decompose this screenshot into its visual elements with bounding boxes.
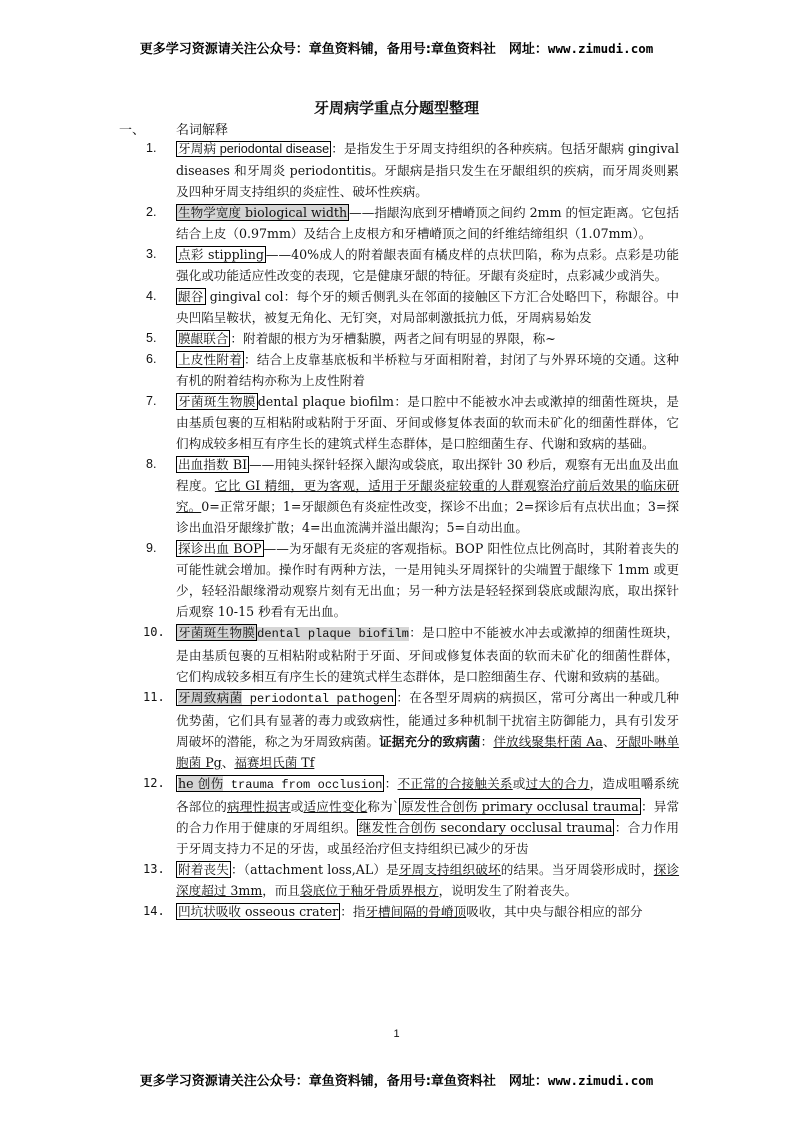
list-item: 14. 凹坑状吸收 osseous crater：指牙槽间隔的骨嵴顶吸收，其中央… xyxy=(119,901,679,922)
list-item: 6. 上皮性附着：结合上皮靠基底板和半桥粒与牙面相附着，封闭了与外界环境的交通。… xyxy=(119,349,679,391)
term-list: 1. 牙周病 periodontal disease：是指发生于牙周支持组织的各… xyxy=(119,138,679,922)
footer-banner: 更多学习资源请关注公众号：章鱼资料铺，备用号:章鱼资料社 网址：www.zimu… xyxy=(0,1070,793,1089)
term-box: 牙周致病菌 periodontal pathogen xyxy=(176,689,396,706)
list-item: 5. 膜龈联合：附着龈的根方为牙槽黏膜，两者之间有明显的界限，称~ xyxy=(119,328,679,349)
item-index: 4. xyxy=(146,286,156,307)
item-body: gingival col：每个牙的颊舌侧乳头在邻面的接触区下方汇合处略凹下，称龈… xyxy=(176,289,679,325)
item-index: 12. xyxy=(143,773,165,794)
item-body: ，而且 xyxy=(262,883,300,898)
conjunction: 或 xyxy=(513,776,526,791)
bold-label: 证据充分的致病菌 xyxy=(379,734,481,749)
item-index: 3. xyxy=(146,244,156,265)
item-index: 7. xyxy=(146,391,156,412)
term-box-secondary: 继发性合创伤 secondary occlusal trauma xyxy=(357,819,615,836)
item-body: ，说明发生了附着丧失。 xyxy=(439,883,578,898)
item-index: 5. xyxy=(146,328,156,349)
underlined-phrase: 袋底位于釉牙骨质界根方 xyxy=(300,883,439,898)
list-item: 10. 牙菌斑生物膜dental plaque biofilm：是口腔中不能被水… xyxy=(119,622,679,687)
colon: ： xyxy=(384,776,397,791)
item-body: ：附着龈的根方为牙槽黏膜，两者之间有明显的界限，称~ xyxy=(230,331,555,346)
list-item: 2. 生物学宽度 biological width——指龈沟底到牙槽嵴顶之间约 … xyxy=(119,202,679,244)
term-box: 膜龈联合 xyxy=(176,330,230,347)
list-item: 12. he 创伤 trauma from occlusion：不正常的合接触关… xyxy=(119,773,679,859)
term-box: 点彩 stippling xyxy=(176,246,266,263)
term-box: 出血指数 BI xyxy=(176,456,249,473)
item-body: ：指 xyxy=(340,904,365,919)
separator: 、 xyxy=(603,734,616,749)
term-chinese: 牙周致病菌 xyxy=(178,690,242,705)
list-item: 13. 附着丧失：（attachment loss,AL）是牙周支持组织破坏的结… xyxy=(119,859,679,901)
page-number: 1 xyxy=(0,1028,793,1040)
item-index: 13. xyxy=(143,859,165,880)
item-index: 1. xyxy=(146,138,156,159)
list-item: 11. 牙周致病菌 periodontal pathogen：在各型牙周病的病损… xyxy=(119,687,679,773)
term-box: 龈谷 xyxy=(176,288,206,305)
separator: 、 xyxy=(222,755,235,770)
term-box: 探诊出血 BOP xyxy=(176,540,264,557)
list-item: 3. 点彩 stippling——40%成人的附着龈表面有橘皮样的点状凹陷，称为… xyxy=(119,244,679,286)
item-body: 0=正常牙龈；1=牙龈颜色有炎症性改变，探诊不出血；2=探诊后有点状出血；3=探… xyxy=(176,499,679,535)
underlined-phrase: 牙周支持组织破坏 xyxy=(399,862,501,877)
section-heading: 一、名词解释 xyxy=(119,119,228,138)
term-box: 凹坑状吸收 osseous crater xyxy=(176,903,340,920)
list-item: 9. 探诊出血 BOP——为牙龈有无炎症的客观指标。BOP 阳性位点比例高时，其… xyxy=(119,538,679,622)
term-box: 牙周病 periodontal disease xyxy=(176,141,331,157)
underlined-phrase: 适应性变化 xyxy=(303,799,367,814)
list-item: 4. 龈谷 gingival col：每个牙的颊舌侧乳头在邻面的接触区下方汇合处… xyxy=(119,286,679,328)
term-box: he 创伤 trauma from occlusion xyxy=(176,775,384,792)
footer-banner-url[interactable]: www.zimudi.com xyxy=(548,1073,653,1088)
list-item: 7. 牙菌斑生物膜dental plaque biofilm：是口腔中不能被水冲… xyxy=(119,391,679,454)
item-index: 11. xyxy=(143,687,165,708)
list-item: 8. 出血指数 BI——用钝头探针轻探入龈沟或袋底，取出探针 30 秒后，观察有… xyxy=(119,454,679,538)
colon: ： xyxy=(481,734,494,749)
underlined-phrase: 不正常的合接触关系 xyxy=(397,776,512,791)
footer-banner-text: 更多学习资源请关注公众号：章鱼资料铺，备用号:章鱼资料社 网址： xyxy=(140,1074,548,1089)
item-index: 2. xyxy=(146,202,156,223)
header-banner-url[interactable]: www.zimudi.com xyxy=(548,41,653,56)
item-body: ：（attachment loss,AL）是 xyxy=(231,862,399,877)
bacterium: 福赛坦氏菌 Tf xyxy=(234,755,314,770)
term-box-primary: 原发性合创伤 primary occlusal trauma xyxy=(399,798,641,815)
bacterium: 伴放线聚集杆菌 Aa xyxy=(493,734,603,749)
header-banner: 更多学习资源请关注公众号：章鱼资料铺，备用号:章鱼资料社 网址：www.zimu… xyxy=(0,38,793,57)
term-box: 牙菌斑生物膜 xyxy=(176,393,258,410)
item-body: 称为` xyxy=(367,799,399,814)
term-box: 生物学宽度 biological width xyxy=(176,204,349,221)
term-english: trauma from occlusion xyxy=(223,778,382,792)
term-box: 上皮性附着 xyxy=(176,351,244,368)
document-title: 牙周病学重点分题型整理 xyxy=(0,97,793,118)
item-index: 8. xyxy=(146,454,156,475)
header-banner-text: 更多学习资源请关注公众号：章鱼资料铺，备用号:章鱼资料社 网址： xyxy=(140,42,548,57)
item-body: 吸收，其中央与龈谷相应的部分 xyxy=(466,904,642,919)
underlined-phrase: 过大的合力 xyxy=(526,776,590,791)
term-english: periodontal pathogen xyxy=(242,692,394,706)
item-index: 10. xyxy=(143,622,165,643)
term-box: 附着丧失 xyxy=(176,861,231,878)
section-label: 名词解释 xyxy=(176,123,228,138)
term-english: dental plaque biofilm xyxy=(257,627,409,641)
term-chinese: he 创伤 xyxy=(178,776,223,791)
section-number: 一、 xyxy=(119,119,176,138)
item-index: 6. xyxy=(146,349,156,370)
term-box: 牙菌斑生物膜 xyxy=(176,624,257,641)
item-index: 14. xyxy=(143,901,165,922)
list-item: 1. 牙周病 periodontal disease：是指发生于牙周支持组织的各… xyxy=(119,138,679,202)
underlined-phrase: 牙槽间隔的骨嵴顶 xyxy=(365,904,466,919)
conjunction: 或 xyxy=(291,799,304,814)
item-body: ：结合上皮靠基底板和半桥粒与牙面相附着，封闭了与外界环境的交通。这种有机的附着结… xyxy=(176,352,679,388)
item-body: 的结果。当牙周袋形成时， xyxy=(501,862,654,877)
underlined-phrase: 病理性损害 xyxy=(227,799,291,814)
item-index: 9. xyxy=(146,538,156,559)
